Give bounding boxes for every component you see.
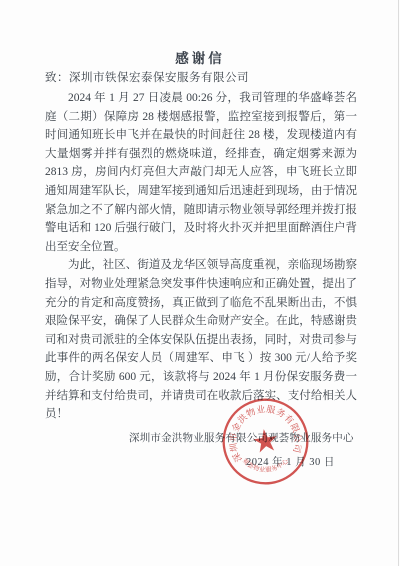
signature-date: 2024 年 1 月 30 日 <box>246 454 335 469</box>
scanned-letter-page: 感谢信 致：深圳市铁保宏泰保安服务有限公司 2024 年 1 月 27 日凌晨 … <box>0 0 400 566</box>
letter-title: 感谢信 <box>0 47 400 67</box>
signature-company: 深圳市金洪物业服务有限公司观荟物业服务中心 <box>129 430 339 445</box>
letter-recipient: 致：深圳市铁保宏泰保安服务有限公司 <box>45 69 357 85</box>
letter-paragraph-1: 2024 年 1 月 27 日凌晨 00:26 分，我司管理的华盛峰荟名庭（二期… <box>45 89 357 256</box>
scan-edge-shadow <box>398 0 399 566</box>
letter-paragraph-2: 为此，社区、街道及龙华区领导高度重视，亲临现场勘察指导，对物业处理紧急突发事件快… <box>45 256 357 423</box>
letter-body: 2024 年 1 月 27 日凌晨 00:26 分，我司管理的华盛峰荟名庭（二期… <box>45 89 357 424</box>
